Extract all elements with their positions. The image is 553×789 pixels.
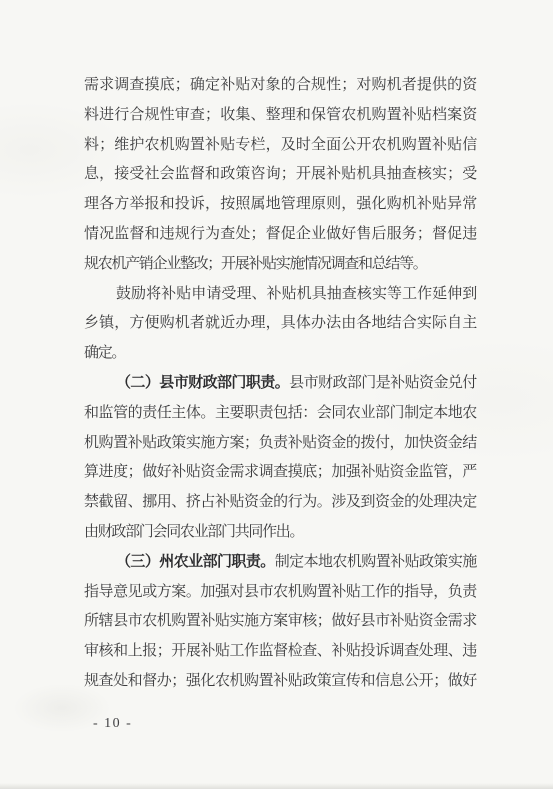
text-line: 禁截留、挪用、挤占补贴资金的行为。涉及到资金的处理决定: [84, 488, 476, 518]
text-line: 需求调查摸底；确定补贴对象的合规性；对购机者提供的资: [84, 71, 476, 101]
text-line: 规农机产销企业整改；开展补贴实施情况调查和总结等。: [84, 250, 476, 280]
text-line: 理各方举报和投诉，按照属地管理原则，强化购机补贴异常: [84, 190, 476, 220]
text-line: 由财政部门会同农业部门共同作出。: [84, 518, 476, 548]
text-line: 和监管的责任主体。主要职责包括：会同农业部门制定本地农: [84, 399, 476, 429]
document-page: 需求调查摸底；确定补贴对象的合规性；对购机者提供的资料进行合规性审查；收集、整理…: [0, 0, 553, 789]
text-line: 息，接受社会监督和政策咨询；开展补贴机具抽查核实；受: [84, 160, 476, 190]
text-line: 确定。: [84, 339, 476, 369]
section-heading: （三）州农业部门职责。: [116, 554, 275, 570]
section-heading: （二）县市财政部门职责。: [116, 375, 289, 391]
text-line: （二）县市财政部门职责。县市财政部门是补贴资金兑付: [84, 369, 476, 399]
line-text: 制定本地农机购置补贴政策实施: [275, 554, 476, 570]
text-line: 鼓励将补贴申请受理、补贴机具抽查核实等工作延伸到: [84, 280, 476, 310]
paragraph-1: 需求调查摸底；确定补贴对象的合规性；对购机者提供的资料进行合规性审查；收集、整理…: [84, 71, 476, 280]
line-text: 县市财政部门是补贴资金兑付: [289, 375, 476, 391]
text-block: 需求调查摸底；确定补贴对象的合规性；对购机者提供的资料进行合规性审查；收集、整理…: [84, 71, 476, 697]
text-line: 所辖县市农机购置补贴实施方案审核；做好县市补贴资金需求: [84, 607, 476, 637]
paragraph-3: （二）县市财政部门职责。县市财政部门是补贴资金兑付和监管的责任主体。主要职责包括…: [84, 369, 476, 548]
text-line: （三）州农业部门职责。制定本地农机购置补贴政策实施: [84, 548, 476, 578]
text-line: 规查处和督办；强化农机购置补贴政策宣传和信息公开；做好: [84, 667, 476, 697]
text-line: 机购置补贴政策实施方案；负责补贴资金的拨付，加快资金结: [84, 429, 476, 459]
text-line: 指导意见或方案。加强对县市农机购置补贴工作的指导，负责: [84, 578, 476, 608]
text-line: 料进行合规性审查；收集、整理和保管农机购置补贴档案资: [84, 101, 476, 131]
text-line: 情况监督和违规行为查处；督促企业做好售后服务；督促违: [84, 220, 476, 250]
paragraph-4: （三）州农业部门职责。制定本地农机购置补贴政策实施指导意见或方案。加强对县市农机…: [84, 548, 476, 697]
text-line: 乡镇，方便购机者就近办理，具体办法由各地结合实际自主: [84, 309, 476, 339]
page-footer: - 10 -: [93, 714, 132, 732]
scan-edge-shadow: [0, 783, 553, 789]
paragraph-2: 鼓励将补贴申请受理、补贴机具抽查核实等工作延伸到乡镇，方便购机者就近办理，具体办…: [84, 280, 476, 369]
text-line: 料；维护农机购置补贴专栏，及时全面公开农机购置补贴信: [84, 131, 476, 161]
page-number: - 10 -: [93, 716, 132, 731]
text-line: 审核和上报；开展补贴工作监督检查、补贴投诉调查处理、违: [84, 637, 476, 667]
text-line: 算进度；做好补贴资金需求调查摸底；加强补贴资金监管，严: [84, 458, 476, 488]
